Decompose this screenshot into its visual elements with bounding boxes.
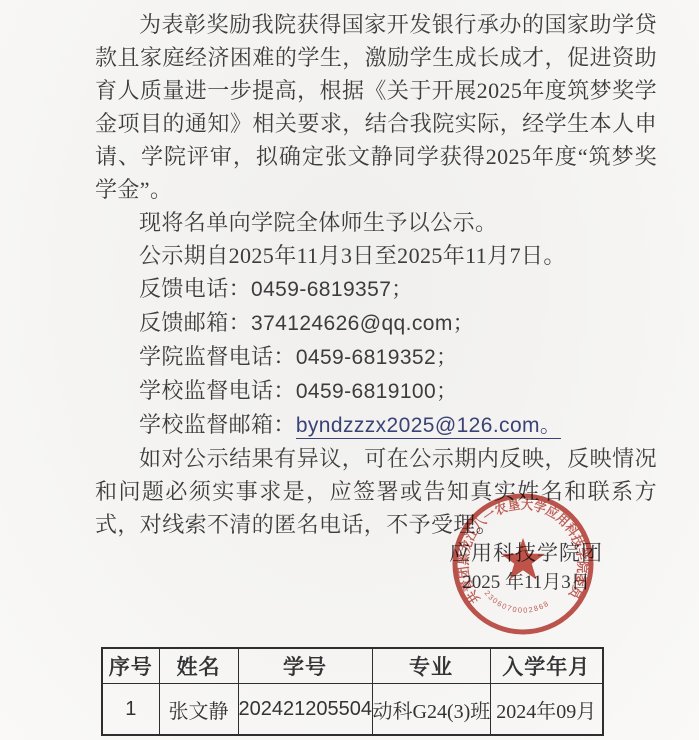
cell-name: 张文静 — [159, 684, 238, 736]
cell-enrollment-date: 2024年09月 — [490, 684, 603, 736]
signature-unit: 应用科技学院团 — [438, 538, 614, 568]
school-supervision-email-line: 学校监督邮箱：byndzzzx2025@126.com。 — [95, 408, 657, 442]
header-enrollment-date: 入学年月 — [490, 648, 603, 684]
table-row: 1 张文静 202421205504 动科G24(3)班 2024年09月 — [102, 684, 603, 736]
feedback-email-line: 反馈邮箱：374124626@qq.com； — [95, 306, 657, 340]
school-supervision-email-label: 学校监督邮箱： — [139, 412, 296, 437]
signature-block: 应用科技学院团 2025 年11月3日 — [438, 538, 614, 598]
cell-major: 动科G24(3)班 — [372, 684, 490, 736]
cell-student-id: 202421205504 — [238, 684, 372, 736]
header-name: 姓名 — [159, 648, 238, 684]
header-student-id: 学号 — [238, 648, 372, 684]
publicity-period-line: 公示期自2025年11月3日至2025年11月7日。 — [95, 239, 657, 272]
feedback-email-value: 374124626@qq.com； — [251, 312, 474, 335]
school-supervision-phone-value: 0459-6819100； — [296, 380, 458, 403]
feedback-phone-label: 反馈电话： — [139, 276, 251, 301]
table-header-row: 序号 姓名 学号 专业 入学年月 — [102, 648, 603, 684]
notice-body: 为表彰奖励我院获得国家开发银行承办的国家助学贷款且家庭经济困难的学生，激励学生成… — [95, 8, 657, 541]
header-serial-number: 序号 — [102, 648, 159, 684]
school-supervision-phone-label: 学校监督电话： — [139, 378, 296, 403]
recipient-table: 序号 姓名 学号 专业 入学年月 1 张文静 202421205504 动科G2… — [101, 647, 604, 736]
cell-serial-number: 1 — [102, 684, 159, 736]
feedback-email-label: 反馈邮箱： — [139, 310, 251, 335]
signature-date: 2025 年11月3日 — [438, 568, 614, 598]
school-supervision-phone-line: 学校监督电话：0459-6819100； — [95, 374, 657, 408]
document-page: 为表彰奖励我院获得国家开发银行承办的国家助学贷款且家庭经济困难的学生，激励学生成… — [0, 0, 699, 740]
feedback-phone-value: 0459-6819357； — [251, 278, 413, 301]
header-major: 专业 — [372, 648, 490, 684]
college-supervision-phone-line: 学院监督电话：0459-6819352； — [95, 340, 657, 374]
school-supervision-email-link[interactable]: byndzzzx2025@126.com。 — [296, 414, 562, 439]
announcement-line: 现将名单向学院全体师生予以公示。 — [95, 206, 657, 239]
feedback-phone-line: 反馈电话：0459-6819357； — [95, 272, 657, 306]
college-supervision-phone-label: 学院监督电话： — [139, 344, 296, 369]
intro-paragraph: 为表彰奖励我院获得国家开发银行承办的国家助学贷款且家庭经济困难的学生，激励学生成… — [95, 8, 657, 206]
college-supervision-phone-value: 0459-6819352； — [296, 346, 458, 369]
objection-paragraph: 如对公示结果有异议，可在公示期内反映，反映情况和问题必须实事求是，应签署或告知真… — [95, 442, 657, 541]
